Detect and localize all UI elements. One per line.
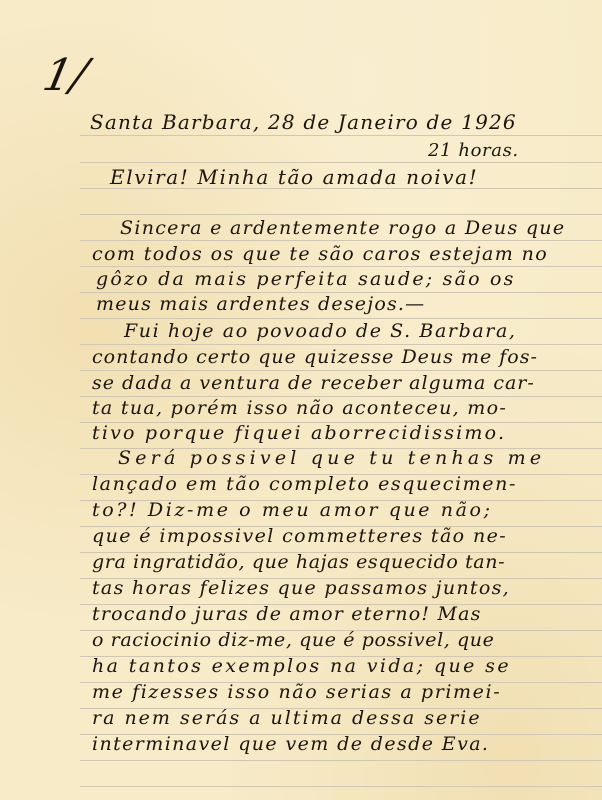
body-line: ta tua, porém isso não aconteceu, mo- — [92, 397, 507, 419]
body-line: Fui hoje ao povoado de S. Barbara, — [124, 320, 517, 342]
body-line: o raciocinio diz-me, que é possivel, que — [92, 629, 495, 651]
letter-page: 1/ Santa Barbara, 28 de Janeiro de 1926 … — [0, 0, 602, 800]
body-line: me fizesses isso não serias a primei- — [92, 681, 501, 703]
page-number-mark: 1/ — [39, 50, 93, 101]
body-line: lançado em tão completo esquecimen- — [92, 473, 517, 495]
body-line: meus mais ardentes desejos.— — [96, 293, 425, 315]
letter-time: 21 horas. — [428, 140, 519, 161]
body-line: com todos os que te são caros estejam no — [92, 243, 548, 265]
body-line: to?! Diz-me o meu amor que não; — [92, 499, 493, 521]
body-line: interminavel que vem de desde Eva. — [92, 733, 489, 755]
letter-salutation: Elvira! Minha tão amada noiva! — [110, 165, 478, 189]
body-line: ha tantos exemplos na vida; que se — [92, 655, 511, 677]
body-line: ra nem serás a ultima dessa serie — [92, 707, 482, 729]
ruled-line — [80, 162, 602, 163]
ruled-line — [80, 786, 602, 787]
body-line: contando certo que quizesse Deus me fos- — [92, 346, 538, 368]
ruled-line — [80, 760, 602, 761]
body-line: gra ingratidão, que hajas esquecido tan- — [92, 551, 505, 573]
ruled-line — [80, 214, 602, 215]
body-line: gôzo da mais perfeita saude; são os — [96, 268, 516, 290]
body-line: tivo porque fiquei aborrecidissimo. — [92, 422, 506, 444]
letter-place-date: Santa Barbara, 28 de Janeiro de 1926 — [90, 110, 517, 134]
ruled-line — [80, 135, 602, 136]
ruled-line — [80, 240, 602, 241]
body-line: tas horas felizes que passamos juntos, — [92, 577, 510, 599]
body-line: Será possivel que tu tenhas me — [118, 447, 545, 469]
body-line: se dada a ventura de receber alguma car- — [92, 372, 535, 394]
ruled-line — [80, 266, 602, 267]
ruled-line — [80, 344, 602, 345]
body-line: que é impossivel commetteres tão ne- — [92, 525, 507, 547]
body-line: Sincera e ardentemente rogo a Deus que — [120, 217, 565, 239]
body-line: trocando juras de amor eterno! Mas — [92, 603, 482, 625]
ruled-line — [80, 318, 602, 319]
ruled-line — [80, 370, 602, 371]
